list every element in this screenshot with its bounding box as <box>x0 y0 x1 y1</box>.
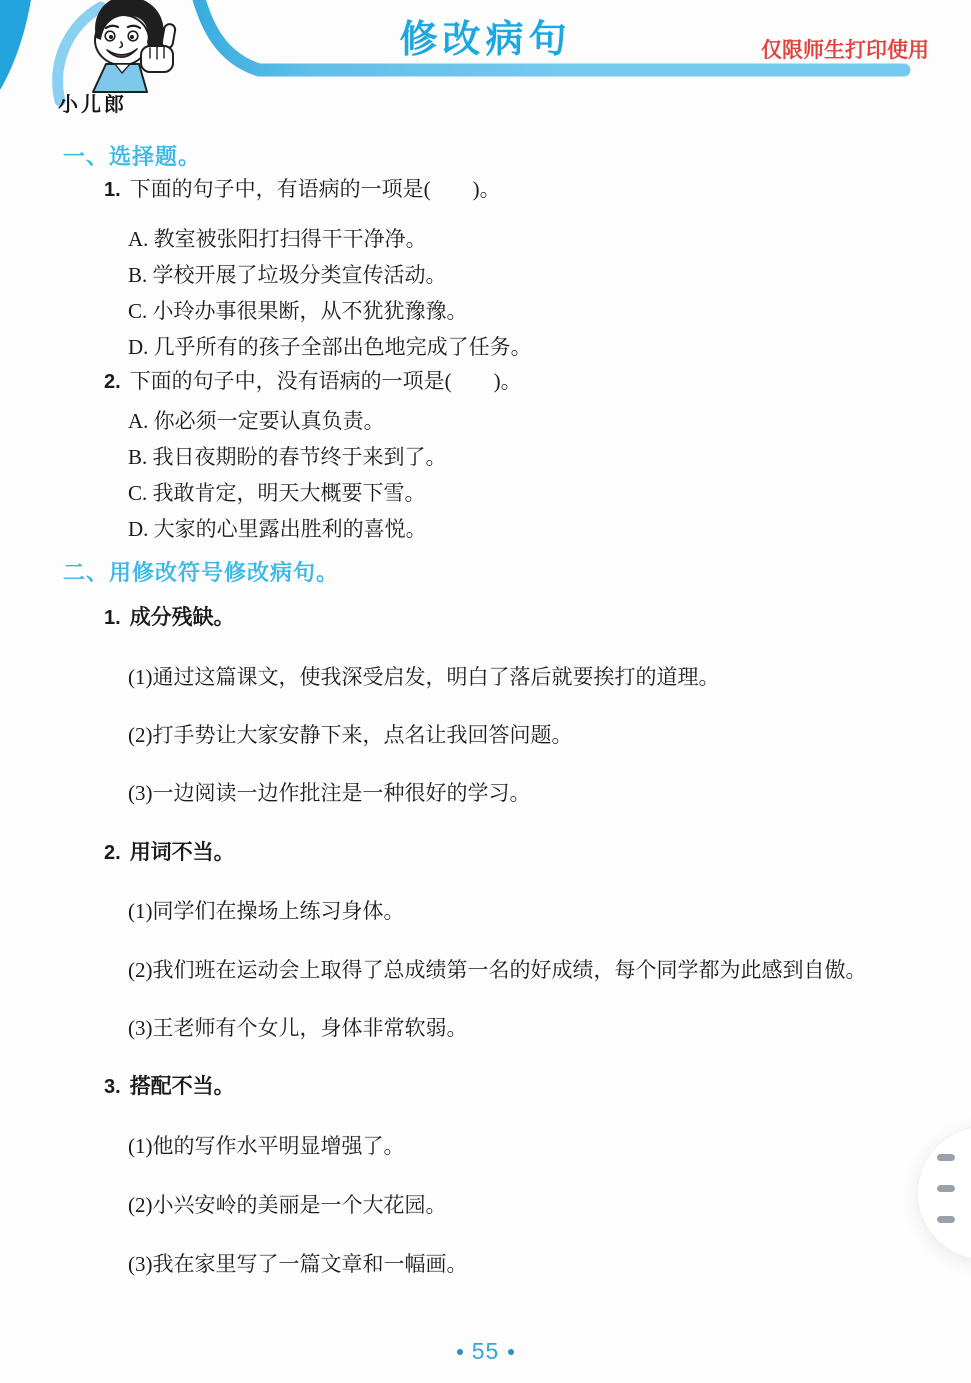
group-1-item-2: (2)打手势让大家安静下来，点名让我回答问题。 <box>128 722 573 748</box>
question-1-stem: 下面的句子中，有语病的一项是( )。 <box>130 177 501 201</box>
question-1-option-d: D. 几乎所有的孩子全部出色地完成了任务。 <box>128 334 532 360</box>
question-2-stem: 下面的句子中，没有语病的一项是( )。 <box>130 369 522 393</box>
group-3-item-3: (3)我在家里写了一篇文章和一幅画。 <box>128 1251 468 1277</box>
page-number: 55 <box>472 1338 500 1365</box>
section-two-heading: 二、用修改符号修改病句。 <box>63 560 339 586</box>
question-2-option-b: B. 我日夜期盼的春节终于来到了。 <box>128 444 447 470</box>
group-3-item-2: (2)小兴安岭的美丽是一个大花园。 <box>128 1192 447 1218</box>
question-1-option-b: B. 学校开展了垃圾分类宣传活动。 <box>128 262 447 288</box>
page-footer: 55 <box>0 1338 971 1365</box>
group-2-title-text: 用词不当。 <box>130 841 235 864</box>
mascot-boy-illustration <box>46 0 206 94</box>
group-3-item-1: (1)他的写作水平明显增强了。 <box>128 1133 405 1159</box>
footer-dot-right <box>508 1349 514 1355</box>
question-2: 2.下面的句子中，没有语病的一项是( )。 <box>104 368 522 395</box>
mascot-label: 小儿郎 <box>58 88 127 117</box>
group-3-number: 3. <box>104 1076 121 1098</box>
question-2-option-c: C. 我敢肯定，明天大概要下雪。 <box>128 480 426 506</box>
print-notice: 仅限师生打印使用 <box>761 34 929 64</box>
group-2-title: 2.用词不当。 <box>104 839 235 866</box>
question-2-option-a: A. 你必须一定要认真负责。 <box>128 408 385 434</box>
question-1-number: 1. <box>104 179 121 201</box>
group-3-title-text: 搭配不当。 <box>130 1075 235 1098</box>
footer-dot-left <box>457 1349 463 1355</box>
question-1-option-c: C. 小玲办事很果断，从不犹犹豫豫。 <box>128 298 468 324</box>
group-1-title: 1.成分残缺。 <box>104 604 235 631</box>
question-2-number: 2. <box>104 371 121 393</box>
group-1-item-1: (1)通过这篇课文，使我深受启发，明白了落后就要挨打的道理。 <box>128 664 719 690</box>
question-2-option-d: D. 大家的心里露出胜利的喜悦。 <box>128 516 427 542</box>
floating-menu-button[interactable] <box>917 1126 971 1260</box>
group-1-title-text: 成分残缺。 <box>130 606 235 629</box>
group-2-number: 2. <box>104 842 121 864</box>
section-one-heading: 一、选择题。 <box>63 144 201 170</box>
group-2-item-3: (3)王老师有个女儿，身体非常软弱。 <box>128 1015 468 1041</box>
group-2-item-2: (2)我们班在运动会上取得了总成绩第一名的好成绩，每个同学都为此感到自傲。 <box>128 957 866 983</box>
mascot-logo: 小儿郎 <box>46 0 216 118</box>
question-1-option-a: A. 教室被张阳打扫得干干净净。 <box>128 226 427 252</box>
question-1: 1.下面的句子中，有语病的一项是( )。 <box>104 176 501 203</box>
group-3-title: 3.搭配不当。 <box>104 1073 235 1100</box>
group-2-item-1: (1)同学们在操场上练习身体。 <box>128 898 405 924</box>
group-1-item-3: (3)一边阅读一边作批注是一种很好的学习。 <box>128 780 531 806</box>
group-1-number: 1. <box>104 607 121 629</box>
